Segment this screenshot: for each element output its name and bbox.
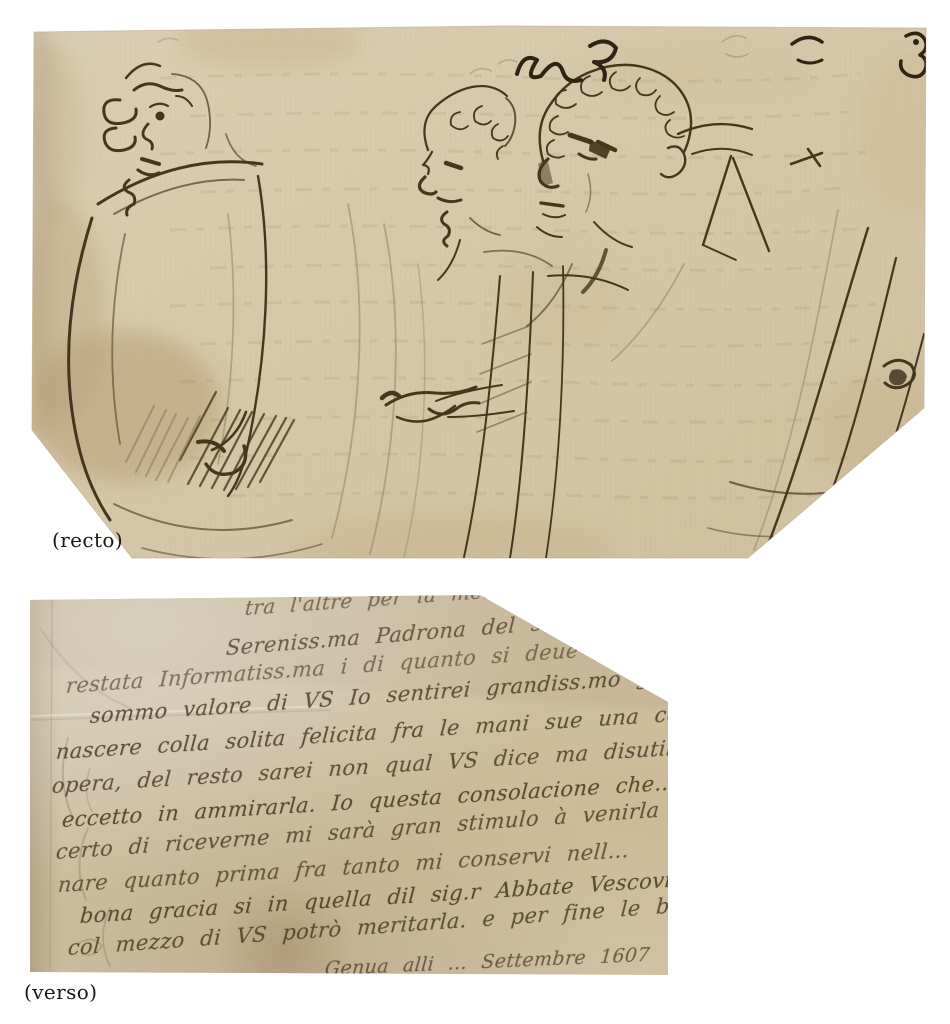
recto-sheet-image bbox=[30, 12, 930, 560]
recto-drawing bbox=[30, 12, 930, 560]
verso-caption: (verso) bbox=[24, 980, 97, 1004]
recto-paper bbox=[30, 12, 930, 560]
verso-sheet-image: tra l'altre per la memoria Sereniss.ma P… bbox=[30, 588, 670, 978]
recto-caption: (recto) bbox=[52, 528, 123, 552]
